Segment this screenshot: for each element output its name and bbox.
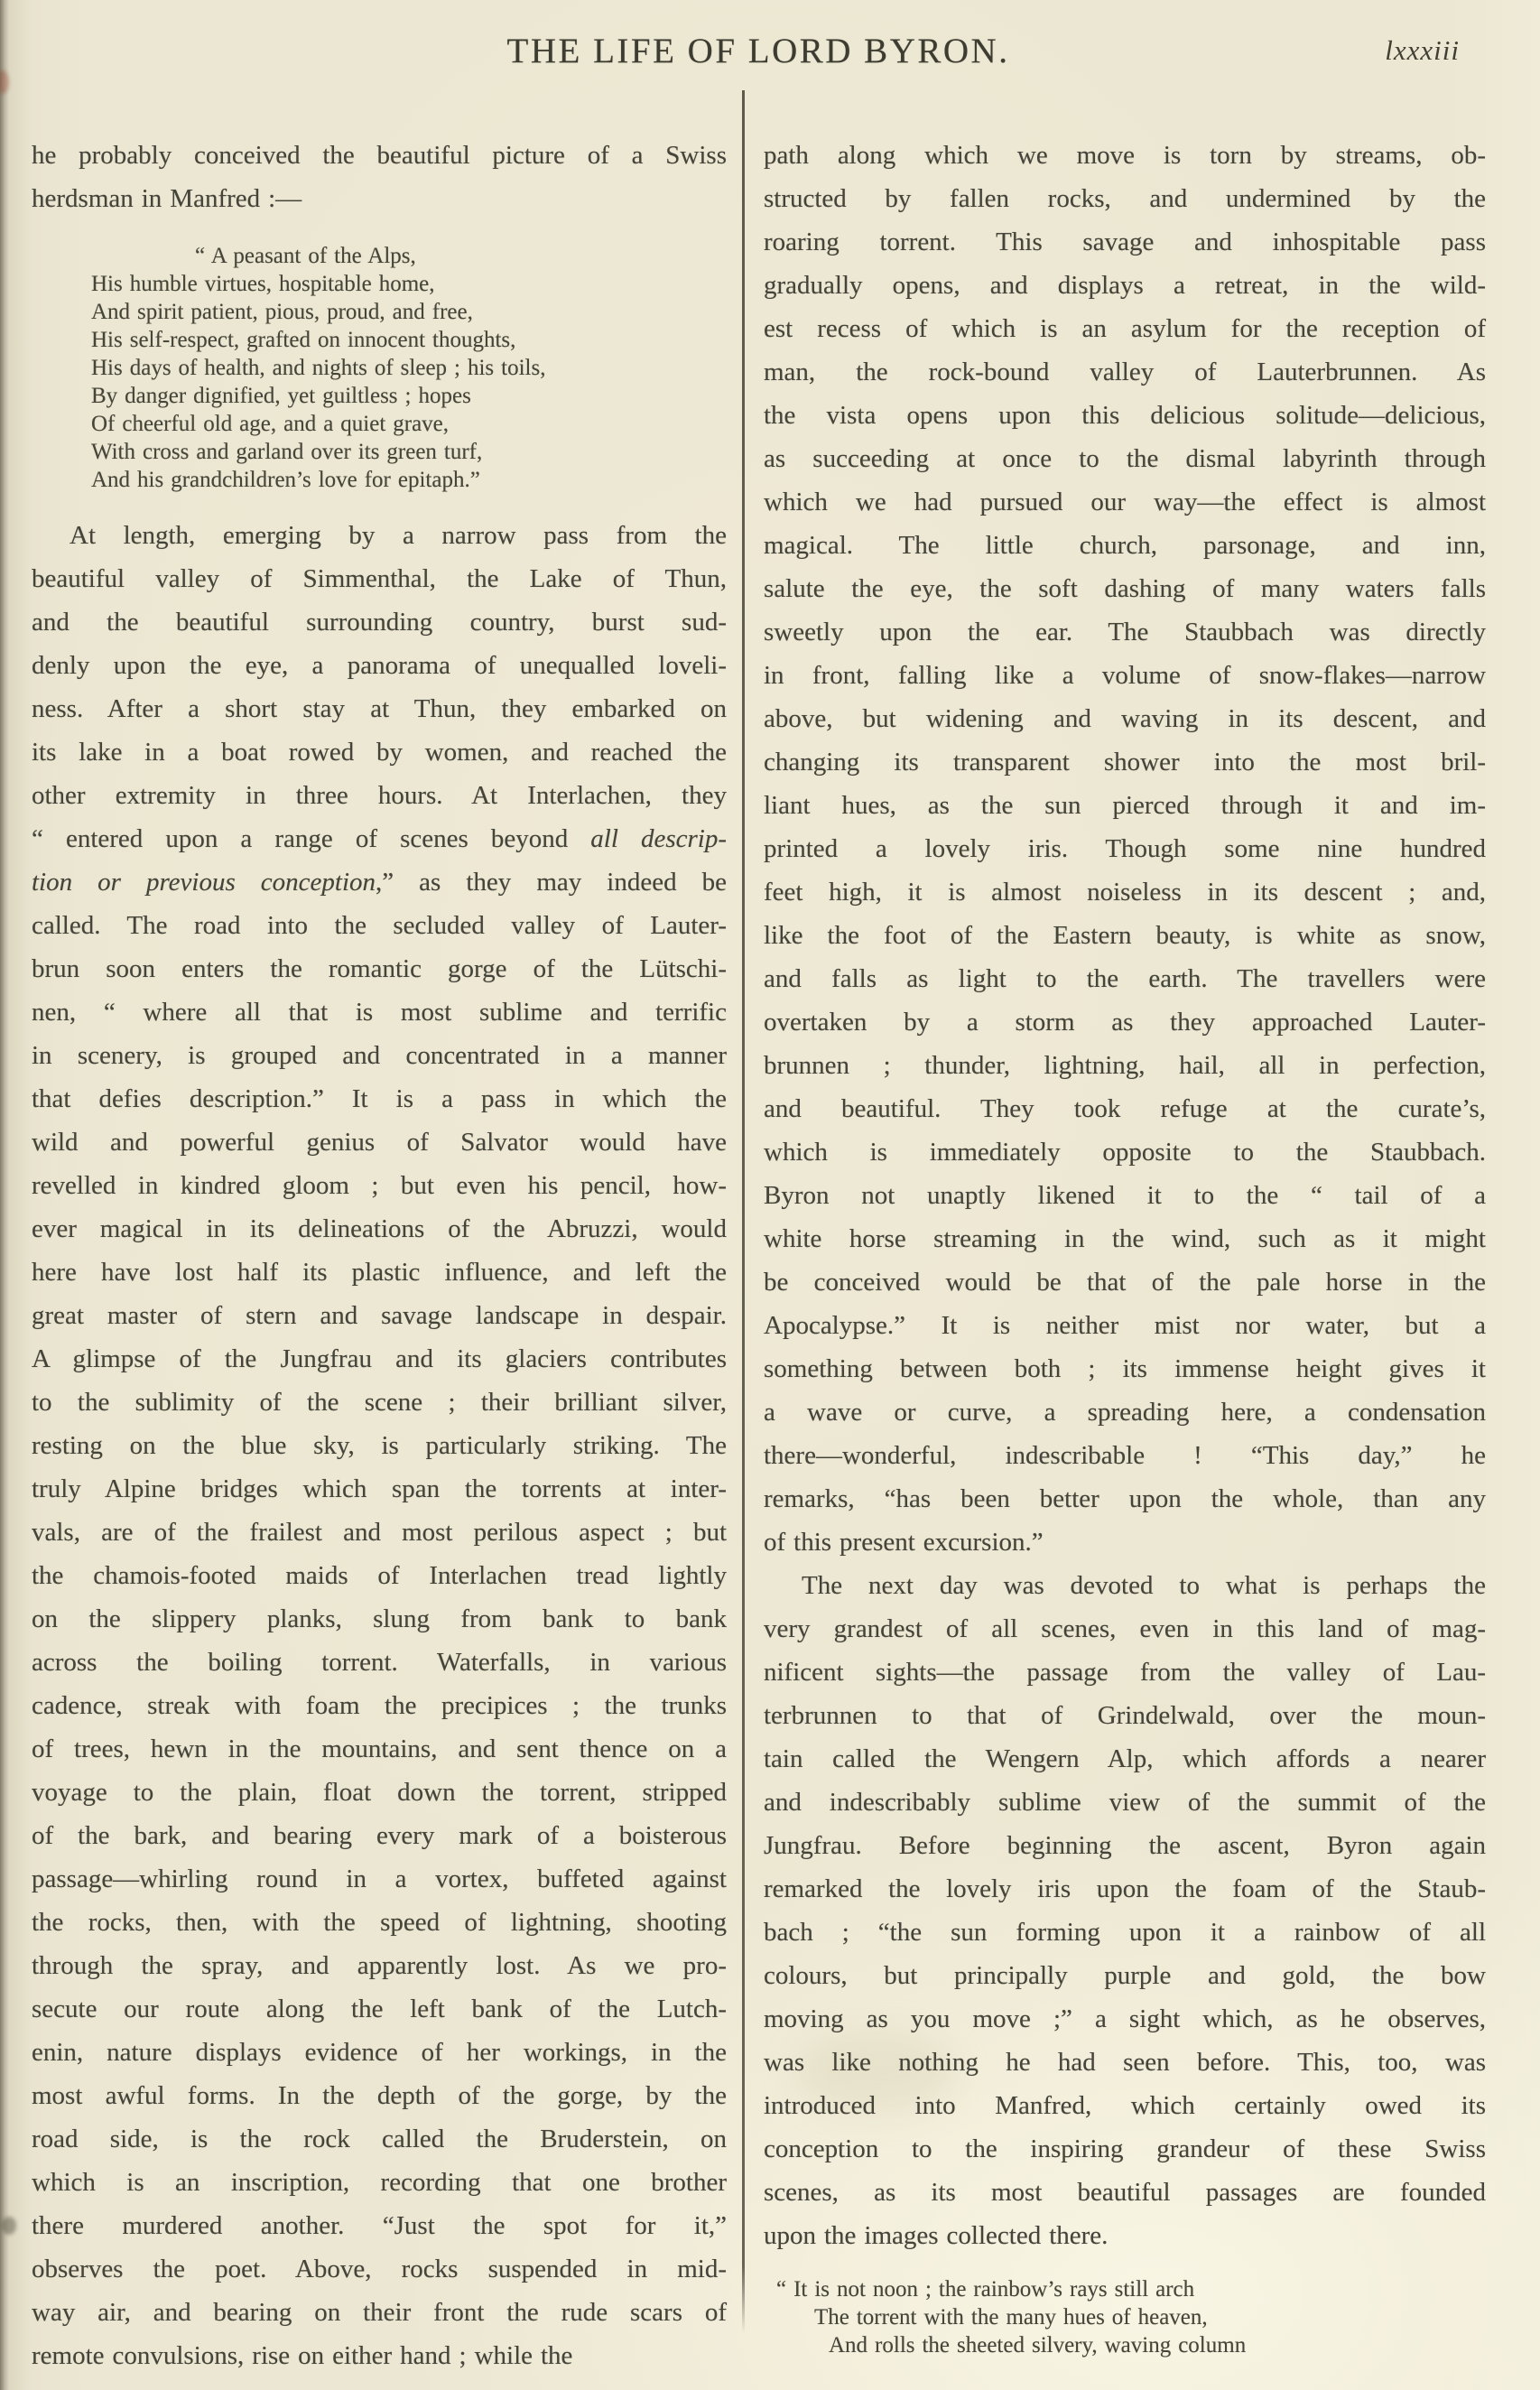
text-run: and the beautiful surrounding country, b…: [32, 608, 727, 637]
text-run: nificent sights—the passage from the val…: [764, 1658, 1486, 1687]
text-run: structed by fallen rocks, and undermined…: [764, 184, 1486, 213]
text-run: was like nothing he had seen before. Thi…: [764, 2048, 1486, 2077]
text-run: observes the poet. Above, rocks suspende…: [32, 2255, 727, 2283]
text-run: herdsman in Manfred :—: [32, 184, 302, 213]
text-run: of the bark, and bearing every mark of a…: [32, 1821, 727, 1850]
text-line: that defies description.” It is a pass i…: [32, 1077, 727, 1121]
book-page: { "header": { "title": "THE LIFE OF LORD…: [0, 0, 1540, 2390]
running-title: THE LIFE OF LORD BYRON.: [32, 31, 1485, 71]
text-run: here have lost half its plastic influenc…: [32, 1258, 727, 1287]
text-line: liant hues, as the sun pierced through i…: [764, 784, 1486, 827]
page-gutter-shadow: [0, 0, 9, 2390]
text-line: Apocalypse.” It is neither mist nor wate…: [764, 1304, 1486, 1347]
text-run: And rolls the sheeted silvery, waving co…: [829, 2333, 1246, 2357]
text-run: called. The road into the secluded valle…: [32, 911, 727, 940]
left-column: he probably conceived the beautiful pict…: [32, 134, 727, 2377]
text-line: above, but widening and waving in its de…: [764, 697, 1486, 740]
text-line: of this present excursion.”: [764, 1520, 1486, 1564]
text-line: which is immediately opposite to the Sta…: [764, 1130, 1486, 1174]
text-line: tain called the Wengern Alp, which affor…: [764, 1737, 1486, 1781]
verse-quote: “ A peasant of the Alps,His humble virtu…: [91, 242, 727, 494]
text-run: remarks, “has been better upon the whole…: [764, 1484, 1486, 1513]
text-run: At length, emerging by a narrow pass fro…: [70, 521, 727, 550]
text-run: and beautiful. They took refuge at the c…: [764, 1094, 1486, 1123]
text-line: man, the rock-bound valley of Lauterbrun…: [764, 350, 1486, 394]
text-run: denly upon the eye, a panorama of unequa…: [32, 651, 727, 680]
text-run: “ It is not noon ; the rainbow’s rays st…: [776, 2277, 1194, 2302]
text-run: a wave or curve, a spreading here, a con…: [764, 1398, 1486, 1427]
text-line: remote convulsions, rise on either hand …: [32, 2334, 727, 2377]
text-line: great master of stern and savage landsca…: [32, 1294, 727, 1337]
text-line: moving as you move ;” a sight which, as …: [764, 1997, 1486, 2041]
text-run: ness. After a short stay at Thun, they e…: [32, 694, 727, 723]
text-run: of this present excursion.”: [764, 1528, 1044, 1557]
text-line: remarks, “has been better upon the whole…: [764, 1477, 1486, 1520]
text-line: the rocks, then, with the speed of light…: [32, 1901, 727, 1944]
text-line: remarked the lovely iris upon the foam o…: [764, 1867, 1486, 1911]
text-run: changing its transparent shower into the…: [764, 748, 1486, 777]
text-run: as succeeding at once to the dismal laby…: [764, 444, 1486, 473]
text-line: across the boiling torrent. Waterfalls, …: [32, 1641, 727, 1684]
text-run: gradually opens, and displays a retreat,…: [764, 271, 1486, 300]
text-line: which is an inscription, recording that …: [32, 2161, 727, 2204]
text-line: denly upon the eye, a panorama of unequa…: [32, 644, 727, 687]
text-run: His humble virtues, hospitable home,: [91, 272, 435, 296]
text-run: in front, falling like a volume of snow-…: [764, 661, 1486, 690]
text-run: scenes, as its most beautiful passages a…: [764, 2178, 1486, 2207]
text-run: truly Alpine bridges which span the torr…: [32, 1474, 727, 1503]
text-line: terbrunnen to that of Grindelwald, over …: [764, 1694, 1486, 1737]
text-line: roaring torrent. This savage and inhospi…: [764, 220, 1486, 264]
text-run: the chamois-footed maids of Interlachen …: [32, 1561, 727, 1590]
text-run: liant hues, as the sun pierced through i…: [764, 791, 1486, 820]
text-run: And spirit patient, pious, proud, and fr…: [91, 300, 473, 324]
verse-line: The torrent with the many hues of heaven…: [814, 2303, 1486, 2331]
text-run: By danger dignified, yet guiltless ; hop…: [91, 384, 471, 408]
text-line: to the sublimity of the scene ; their br…: [32, 1381, 727, 1424]
text-line: upon the images collected there.: [764, 2214, 1486, 2257]
text-line: the vista opens upon this delicious soli…: [764, 394, 1486, 437]
text-run: to the sublimity of the scene ; their br…: [32, 1388, 727, 1417]
text-run: bach ; “the sun forming upon it a rainbo…: [764, 1918, 1486, 1947]
text-line: wild and powerful genius of Salvator wou…: [32, 1121, 727, 1164]
text-run: His self-respect, grafted on innocent th…: [91, 328, 515, 352]
text-line: ness. After a short stay at Thun, they e…: [32, 687, 727, 730]
text-line: of trees, hewn in the mountains, and sen…: [32, 1727, 727, 1771]
text-run: And his grandchildren’s love for epitaph…: [91, 468, 480, 492]
text-line: overtaken by a storm as they approached …: [764, 1000, 1486, 1044]
text-line: and falls as light to the earth. The tra…: [764, 957, 1486, 1000]
text-line: est recess of which is an asylum for the…: [764, 307, 1486, 350]
italic-text-run: tion or previous conception: [32, 868, 376, 897]
paragraph: At length, emerging by a narrow pass fro…: [32, 514, 727, 2377]
text-run: nen, “ where all that is most sublime an…: [32, 998, 727, 1027]
verse-line: His self-respect, grafted on innocent th…: [91, 326, 727, 354]
text-run: remote convulsions, rise on either hand …: [32, 2341, 572, 2370]
text-line: called. The road into the secluded valle…: [32, 904, 727, 947]
verse-quote: “ It is not noon ; the rainbow’s rays st…: [776, 2275, 1486, 2359]
text-run: With cross and garland over its green tu…: [91, 440, 482, 464]
text-line: printed a lovely iris. Though some nine …: [764, 827, 1486, 870]
text-run: Apocalypse.” It is neither mist nor wate…: [764, 1311, 1486, 1340]
verse-line: By danger dignified, yet guiltless ; hop…: [91, 382, 727, 410]
text-line: structed by fallen rocks, and undermined…: [764, 177, 1486, 220]
text-run: sweetly upon the ear. The Staubbach was …: [764, 618, 1486, 646]
text-run: Byron not unaptly likened it to the “ ta…: [764, 1181, 1486, 1210]
paragraph: The next day was devoted to what is perh…: [764, 1564, 1486, 2257]
text-run: on the slippery planks, slung from bank …: [32, 1604, 727, 1633]
text-line: “ entered upon a range of scenes beyond …: [32, 817, 727, 860]
text-line: through the spray, and apparently lost. …: [32, 1944, 727, 1987]
verse-line: And rolls the sheeted silvery, waving co…: [829, 2331, 1486, 2359]
text-run: overtaken by a storm as they approached …: [764, 1008, 1486, 1037]
text-run: above, but widening and waving in its de…: [764, 704, 1486, 733]
text-line: he probably conceived the beautiful pict…: [32, 134, 727, 177]
text-run: in scenery, is grouped and concentrated …: [32, 1041, 727, 1070]
text-run: The torrent with the many hues of heaven…: [814, 2305, 1208, 2330]
text-run: brunnen ; thunder, lightning, hail, all …: [764, 1051, 1486, 1080]
text-line: revelled in kindred gloom ; but even his…: [32, 1164, 727, 1207]
text-line: the chamois-footed maids of Interlachen …: [32, 1554, 727, 1597]
text-run: conception to the inspiring grandeur of …: [764, 2134, 1486, 2163]
text-run: most awful forms. In the depth of the go…: [32, 2081, 727, 2110]
text-line: other extremity in three hours. At Inter…: [32, 774, 727, 817]
paragraph: path along which we move is torn by stre…: [764, 134, 1486, 1564]
text-run: “ entered upon a range of scenes beyond: [32, 824, 590, 853]
text-line: colours, but principally purple and gold…: [764, 1954, 1486, 1997]
text-line: brunnen ; thunder, lightning, hail, all …: [764, 1044, 1486, 1087]
page-number: lxxxiii: [1385, 34, 1460, 67]
text-line: enin, nature displays evidence of her wo…: [32, 2031, 727, 2074]
text-line: was like nothing he had seen before. Thi…: [764, 2041, 1486, 2084]
verse-line: Of cheerful old age, and a quiet grave,: [91, 410, 727, 438]
text-run: its lake in a boat rowed by women, and r…: [32, 738, 727, 767]
text-line: sweetly upon the ear. The Staubbach was …: [764, 610, 1486, 654]
text-run: “ A peasant of the Alps,: [195, 244, 416, 268]
right-column: path along which we move is torn by stre…: [764, 134, 1486, 2379]
text-run: road side, is the rock called the Bruder…: [32, 2125, 727, 2153]
text-run: revelled in kindred gloom ; but even his…: [32, 1171, 727, 1200]
text-run: The next day was devoted to what is perh…: [802, 1571, 1486, 1600]
verse-line: “ It is not noon ; the rainbow’s rays st…: [776, 2275, 1486, 2303]
text-line: path along which we move is torn by stre…: [764, 134, 1486, 177]
text-line: and beautiful. They took refuge at the c…: [764, 1087, 1486, 1130]
text-run: and falls as light to the earth. The tra…: [764, 964, 1486, 993]
text-run: way air, and bearing on their front the …: [32, 2298, 727, 2327]
text-line: introduced into Manfred, which certainly…: [764, 2084, 1486, 2127]
text-line: The next day was devoted to what is perh…: [764, 1564, 1486, 1607]
verse-line: “ A peasant of the Alps,: [195, 242, 727, 270]
text-run: something between both ; its immense hei…: [764, 1354, 1486, 1383]
text-run: the vista opens upon this delicious soli…: [764, 401, 1486, 430]
text-run: that defies description.” It is a pass i…: [32, 1084, 727, 1113]
text-run: printed a lovely iris. Though some nine …: [764, 834, 1486, 863]
text-run: path along which we move is torn by stre…: [764, 141, 1486, 170]
text-line: nificent sights—the passage from the val…: [764, 1651, 1486, 1694]
text-line: most awful forms. In the depth of the go…: [32, 2074, 727, 2117]
text-line: Byron not unaptly likened it to the “ ta…: [764, 1174, 1486, 1217]
text-run: magical. The little church, parsonage, a…: [764, 531, 1486, 560]
text-run: white horse streaming in the wind, such …: [764, 1224, 1486, 1253]
text-line: there murdered another. “Just the spot f…: [32, 2204, 727, 2247]
text-line: be conceived would be that of the pale h…: [764, 1260, 1486, 1304]
text-run: A glimpse of the Jungfrau and its glacie…: [32, 1344, 727, 1373]
text-line: feet high, it is almost noiseless in its…: [764, 870, 1486, 914]
text-line: Jungfrau. Before beginning the ascent, B…: [764, 1824, 1486, 1867]
text-run: Jungfrau. Before beginning the ascent, B…: [764, 1831, 1486, 1860]
text-line: At length, emerging by a narrow pass fro…: [32, 514, 727, 557]
text-line: passage—whirling round in a vortex, buff…: [32, 1857, 727, 1901]
text-run: enin, nature displays evidence of her wo…: [32, 2038, 727, 2067]
text-run: Of cheerful old age, and a quiet grave,: [91, 412, 449, 436]
text-run: voyage to the plain, float down the torr…: [32, 1778, 727, 1807]
text-run: wild and powerful genius of Salvator wou…: [32, 1128, 727, 1157]
text-line: voyage to the plain, float down the torr…: [32, 1771, 727, 1814]
text-line: of the bark, and bearing every mark of a…: [32, 1814, 727, 1857]
text-run: very grandest of all scenes, even in thi…: [764, 1614, 1486, 1643]
text-line: in scenery, is grouped and concentrated …: [32, 1034, 727, 1077]
italic-text-run: all descrip-: [590, 824, 727, 853]
text-run: which we had pursued our way—the effect …: [764, 488, 1486, 516]
text-line: resting on the blue sky, is particularly…: [32, 1424, 727, 1467]
text-line: truly Alpine bridges which span the torr…: [32, 1467, 727, 1511]
text-run: tain called the Wengern Alp, which affor…: [764, 1744, 1486, 1773]
text-run: of trees, hewn in the mountains, and sen…: [32, 1734, 727, 1763]
verse-line: His days of health, and nights of sleep …: [91, 354, 727, 382]
text-line: road side, is the rock called the Bruder…: [32, 2117, 727, 2161]
text-run: and indescribably sublime view of the su…: [764, 1788, 1486, 1817]
text-line: there—wonderful, indescribable ! “This d…: [764, 1434, 1486, 1477]
text-line: changing its transparent shower into the…: [764, 740, 1486, 784]
text-run: cadence, streak with foam the precipices…: [32, 1691, 727, 1720]
text-line: cadence, streak with foam the precipices…: [32, 1684, 727, 1727]
text-line: like the foot of the Eastern beauty, is …: [764, 914, 1486, 957]
text-line: and the beautiful surrounding country, b…: [32, 600, 727, 644]
text-line: bach ; “the sun forming upon it a rainbo…: [764, 1911, 1486, 1954]
text-run: across the boiling torrent. Waterfalls, …: [32, 1648, 727, 1677]
text-run: salute the eye, the soft dashing of many…: [764, 574, 1486, 603]
text-line: beautiful valley of Simmenthal, the Lake…: [32, 557, 727, 600]
verse-line: And his grandchildren’s love for epitaph…: [91, 466, 727, 494]
verse-line: His humble virtues, hospitable home,: [91, 270, 727, 298]
paragraph: he probably conceived the beautiful pict…: [32, 134, 727, 220]
text-line: conception to the inspiring grandeur of …: [764, 2127, 1486, 2171]
text-line: scenes, as its most beautiful passages a…: [764, 2171, 1486, 2214]
text-line: as succeeding at once to the dismal laby…: [764, 437, 1486, 480]
text-run: His days of health, and nights of sleep …: [91, 356, 545, 380]
text-line: on the slippery planks, slung from bank …: [32, 1597, 727, 1641]
text-line: observes the poet. Above, rocks suspende…: [32, 2247, 727, 2291]
text-run: man, the rock-bound valley of Lauterbrun…: [764, 358, 1486, 386]
text-line: something between both ; its immense hei…: [764, 1347, 1486, 1390]
text-run: introduced into Manfred, which certainly…: [764, 2091, 1486, 2120]
text-line: magical. The little church, parsonage, a…: [764, 524, 1486, 567]
text-run: brun soon enters the romantic gorge of t…: [32, 954, 727, 983]
text-run: he probably conceived the beautiful pict…: [32, 141, 727, 170]
text-run: like the foot of the Eastern beauty, is …: [764, 921, 1486, 950]
text-line: brun soon enters the romantic gorge of t…: [32, 947, 727, 990]
text-line: a wave or curve, a spreading here, a con…: [764, 1390, 1486, 1434]
text-line: which we had pursued our way—the effect …: [764, 480, 1486, 524]
text-run: resting on the blue sky, is particularly…: [32, 1431, 727, 1460]
text-run: be conceived would be that of the pale h…: [764, 1268, 1486, 1297]
text-run: secute our route along the left bank of …: [32, 1995, 727, 2023]
text-line: here have lost half its plastic influenc…: [32, 1251, 727, 1294]
text-line: its lake in a boat rowed by women, and r…: [32, 730, 727, 774]
text-run: great master of stern and savage landsca…: [32, 1301, 727, 1330]
text-run: ,” as they may indeed be: [376, 868, 727, 897]
text-run: remarked the lovely iris upon the foam o…: [764, 1874, 1486, 1903]
text-run: est recess of which is an asylum for the…: [764, 314, 1486, 343]
text-run: ever magical in its delineations of the …: [32, 1214, 727, 1243]
text-run: there murdered another. “Just the spot f…: [32, 2211, 727, 2240]
column-divider-rule: [742, 90, 745, 2333]
verse-line: With cross and garland over its green tu…: [91, 438, 727, 466]
text-run: through the spray, and apparently lost. …: [32, 1951, 727, 1980]
text-line: tion or previous conception,” as they ma…: [32, 860, 727, 904]
text-line: secute our route along the left bank of …: [32, 1987, 727, 2031]
text-run: moving as you move ;” a sight which, as …: [764, 2004, 1486, 2033]
text-line: gradually opens, and displays a retreat,…: [764, 264, 1486, 307]
text-run: terbrunnen to that of Grindelwald, over …: [764, 1701, 1486, 1730]
text-run: passage—whirling round in a vortex, buff…: [32, 1865, 727, 1893]
text-line: and indescribably sublime view of the su…: [764, 1781, 1486, 1824]
text-line: ever magical in its delineations of the …: [32, 1207, 727, 1251]
text-run: which is an inscription, recording that …: [32, 2168, 727, 2197]
verse-line: And spirit patient, pious, proud, and fr…: [91, 298, 727, 326]
text-line: in front, falling like a volume of snow-…: [764, 654, 1486, 697]
text-run: there—wonderful, indescribable ! “This d…: [764, 1441, 1486, 1470]
text-run: which is immediately opposite to the Sta…: [764, 1138, 1486, 1167]
text-run: roaring torrent. This savage and inhospi…: [764, 228, 1486, 256]
text-line: herdsman in Manfred :—: [32, 177, 727, 220]
page-header: THE LIFE OF LORD BYRON. lxxxiii: [32, 31, 1485, 85]
text-run: upon the images collected there.: [764, 2221, 1108, 2250]
text-line: A glimpse of the Jungfrau and its glacie…: [32, 1337, 727, 1381]
text-line: salute the eye, the soft dashing of many…: [764, 567, 1486, 610]
text-line: nen, “ where all that is most sublime an…: [32, 990, 727, 1034]
text-run: other extremity in three hours. At Inter…: [32, 781, 727, 810]
text-run: the rocks, then, with the speed of light…: [32, 1908, 727, 1937]
text-run: beautiful valley of Simmenthal, the Lake…: [32, 564, 727, 593]
text-line: vals, are of the frailest and most peril…: [32, 1511, 727, 1554]
text-line: very grandest of all scenes, even in thi…: [764, 1607, 1486, 1651]
text-line: white horse streaming in the wind, such …: [764, 1217, 1486, 1260]
text-run: vals, are of the frailest and most peril…: [32, 1518, 727, 1547]
text-line: way air, and bearing on their front the …: [32, 2291, 727, 2334]
text-run: feet high, it is almost noiseless in its…: [764, 878, 1486, 907]
text-run: colours, but principally purple and gold…: [764, 1961, 1486, 1990]
